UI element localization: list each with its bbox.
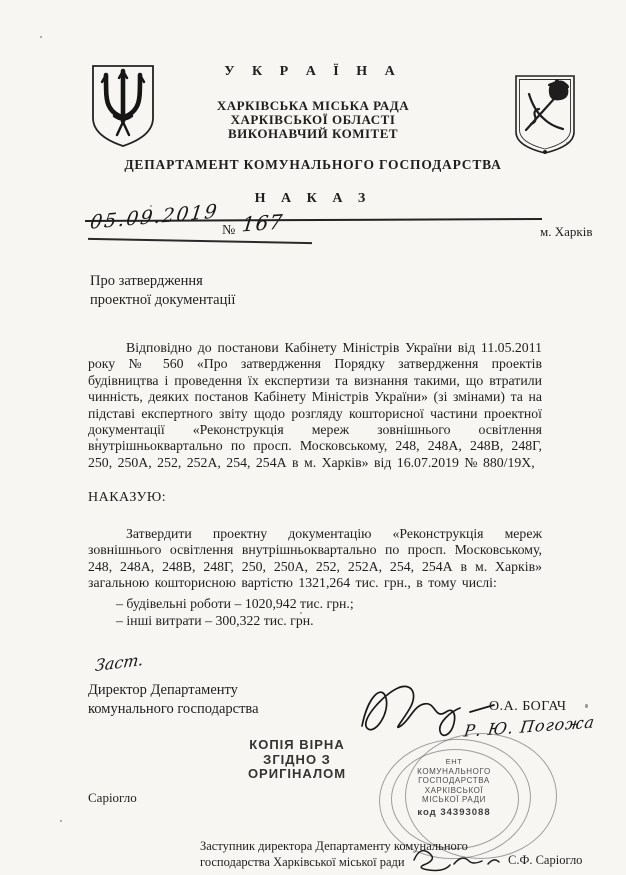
country-title: У К Р А Ї Н А <box>0 64 626 80</box>
seal-text-line1: КОМУНАЛЬНОГО <box>391 767 517 777</box>
left-margin-surname: Саріогло <box>88 790 137 806</box>
director-name: О.А. БОГАЧ <box>489 699 566 715</box>
order-paragraph: Затвердити проектну документацію «Реконс… <box>88 526 542 592</box>
cost-list-item: – інші витрати – 300,322 тис. грн. <box>116 613 314 629</box>
place-label: м. Харків <box>540 224 592 240</box>
copy-true-stamp: КОПІЯ ВІРНА ЗГІДНО З ОРИГІНАЛОМ <box>222 738 372 782</box>
subject-block: Про затвердження проектної документації <box>90 272 235 310</box>
seal-text: ЕНТ КОМУНАЛЬНОГО ГОСПОДАРСТВА ХАРКІВСЬКО… <box>391 757 517 817</box>
org-name-line3: ВИКОНАВЧИЙ КОМІТЕТ <box>0 126 626 142</box>
department-title: ДЕПАРТАМЕНТ КОМУНАЛЬНОГО ГОСПОДАРСТВА <box>0 157 626 173</box>
scan-speck <box>60 820 62 822</box>
seal-text-line2: ГОСПОДАРСТВА <box>391 776 517 786</box>
scan-speck <box>300 612 302 614</box>
number-sign-label: № <box>222 223 235 239</box>
scan-speck <box>40 36 42 38</box>
document-type-title: Н А К А З <box>0 191 626 207</box>
seal-text-line4: МІСЬКОЇ РАДИ <box>391 795 517 805</box>
handwritten-note-zast: Заст. <box>94 650 145 675</box>
subject-line2: проектної документації <box>90 291 235 310</box>
seal-code: код 34393088 <box>391 808 517 818</box>
seal-text-fragment: ЕНТ <box>391 757 517 767</box>
subject-line1: Про затвердження <box>90 272 235 291</box>
director-title-line2: комунального господарства <box>88 700 259 719</box>
director-title: Директор Департаменту комунального госпо… <box>88 681 259 719</box>
director-title-line1: Директор Департаменту <box>88 681 259 700</box>
copy-stamp-line3: ОРИГІНАЛОМ <box>222 767 372 782</box>
scan-speck <box>566 142 568 144</box>
handwritten-order-number: 167 <box>241 209 285 236</box>
deputy-name: С.Ф. Саріогло <box>508 853 582 868</box>
preamble-paragraph: Відповідно до постанови Кабінету Міністр… <box>88 340 542 471</box>
scan-speck <box>585 704 588 708</box>
scan-speck <box>150 205 152 207</box>
seal-text-line3: ХАРКІВСЬКОЇ <box>391 786 517 796</box>
copy-stamp-line2: ЗГІДНО З <box>222 753 372 768</box>
scan-speck <box>96 438 98 441</box>
deputy-signature <box>408 840 504 872</box>
scanned-order-document: У К Р А Ї Н А ХАРКІВСЬКА МІСЬКА РАДА ХАР… <box>0 0 626 875</box>
cost-list-item: – будівельні роботи – 1020,942 тис. грн.… <box>116 596 354 612</box>
date-underline <box>88 238 312 244</box>
copy-stamp-line1: КОПІЯ ВІРНА <box>222 738 372 753</box>
decree-word: НАКАЗУЮ: <box>88 490 166 506</box>
